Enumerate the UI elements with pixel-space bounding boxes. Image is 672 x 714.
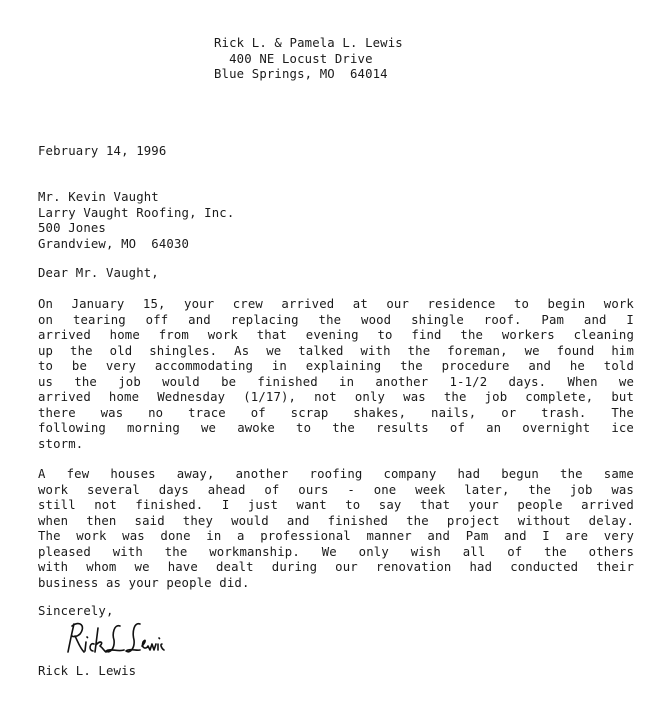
recipient-company: Larry Vaught Roofing, Inc. xyxy=(38,206,234,222)
sender-address: Rick L. & Pamela L. Lewis 400 NE Locust … xyxy=(214,36,403,83)
paragraph-line: pleased with the workmanship. We only wi… xyxy=(38,545,634,561)
recipient-street: 500 Jones xyxy=(38,221,234,237)
paragraph-line: business as your people did. xyxy=(38,576,634,592)
paragraph-line: A few houses away, another roofing compa… xyxy=(38,467,634,483)
paragraph-line: with whom we have dealt during our renov… xyxy=(38,560,634,576)
paragraph-line: up the old shingles. As we talked with t… xyxy=(38,344,634,360)
signature-icon xyxy=(58,618,168,660)
paragraph-line: On January 15, your crew arrived at our … xyxy=(38,297,634,313)
paragraph-line: there was no trace of scrap shakes, nail… xyxy=(38,406,634,422)
body-paragraph-2: A few houses away, another roofing compa… xyxy=(38,467,634,591)
sender-street: 400 NE Locust Drive xyxy=(214,52,403,68)
paragraph-line: storm. xyxy=(38,437,634,453)
paragraph-line: when then said they would and finished t… xyxy=(38,514,634,530)
sender-city: Blue Springs, MO 64014 xyxy=(214,67,403,83)
recipient-name: Mr. Kevin Vaught xyxy=(38,190,234,206)
letter-date: February 14, 1996 xyxy=(38,144,166,159)
paragraph-line: arrived home Wednesday (1/17), not only … xyxy=(38,390,634,406)
paragraph-line: to be very accommodating in explaining t… xyxy=(38,359,634,375)
closing: Sincerely, xyxy=(38,604,114,619)
recipient-city: Grandview, MO 64030 xyxy=(38,237,234,253)
body-paragraph-1: On January 15, your crew arrived at our … xyxy=(38,297,634,452)
paragraph-line: on tearing off and replacing the wood sh… xyxy=(38,313,634,329)
signer-name: Rick L. Lewis xyxy=(38,664,136,679)
salutation: Dear Mr. Vaught, xyxy=(38,266,159,281)
paragraph-line: us the job would be finished in another … xyxy=(38,375,634,391)
sender-name: Rick L. & Pamela L. Lewis xyxy=(214,36,403,52)
paragraph-line: work several days ahead of ours - one we… xyxy=(38,483,634,499)
paragraph-line: following morning we awoke to the result… xyxy=(38,421,634,437)
paragraph-line: The work was done in a professional mann… xyxy=(38,529,634,545)
paragraph-line: arrived home from work that evening to f… xyxy=(38,328,634,344)
recipient-address: Mr. Kevin Vaught Larry Vaught Roofing, I… xyxy=(38,190,234,252)
paragraph-line: still not finished. I just want to say t… xyxy=(38,498,634,514)
